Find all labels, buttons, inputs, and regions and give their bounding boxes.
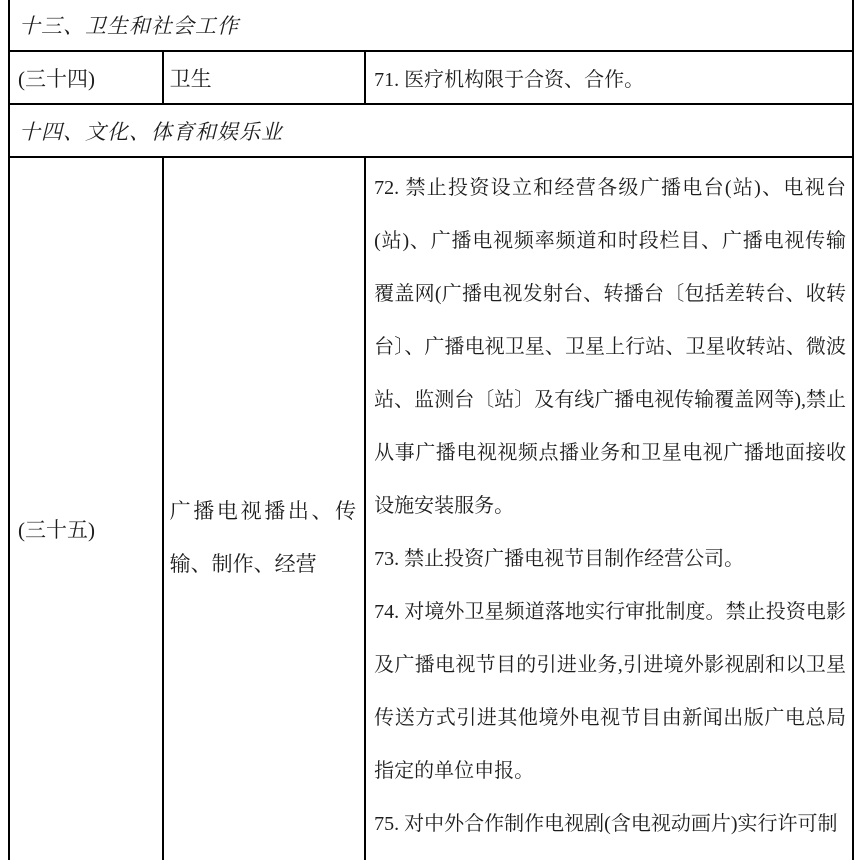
- section-14-title: 十四、文化、体育和娱乐业: [19, 116, 283, 146]
- table-row-35: (三十五) 广播电视播出、传输、制作、经营 72. 禁止投资设立和经营各级广播电…: [10, 158, 854, 860]
- entry-35-measures: 72. 禁止投资设立和经营各级广播电台(站)、电视台(站)、广播电视频率频道和时…: [366, 158, 852, 860]
- entry-35-measure-75: 75. 对中外合作制作电视剧(含电视动画片)实行许可制: [374, 798, 846, 851]
- entry-35-measure-73: 73. 禁止投资广播电视节目制作经营公司。: [374, 533, 846, 586]
- entry-35-measure-72: 72. 禁止投资设立和经营各级广播电台(站)、电视台(站)、广播电视频率频道和时…: [374, 162, 846, 533]
- entry-34-number: (三十四): [10, 52, 164, 103]
- entry-34-measure-71: 71. 医疗机构限于合资、合作。: [366, 52, 852, 103]
- section-row-culture-sports-entertainment: 十四、文化、体育和娱乐业: [10, 105, 854, 158]
- entry-35-measure-74: 74. 对境外卫星频道落地实行审批制度。禁止投资电影及广播电视节目的引进业务,引…: [374, 586, 846, 798]
- entry-34-category: 卫生: [164, 52, 367, 103]
- negative-list-table: 十三、卫生和社会工作 (三十四) 卫生 71. 医疗机构限于合资、合作。 十四、…: [8, 0, 854, 860]
- entry-35-category: 广播电视播出、传输、制作、经营: [164, 158, 367, 860]
- section-13-title: 十三、卫生和社会工作: [19, 10, 239, 40]
- section-row-health-social-work: 十三、卫生和社会工作: [10, 0, 854, 52]
- entry-35-number: (三十五): [10, 158, 164, 860]
- table-row-34: (三十四) 卫生 71. 医疗机构限于合资、合作。: [10, 52, 854, 105]
